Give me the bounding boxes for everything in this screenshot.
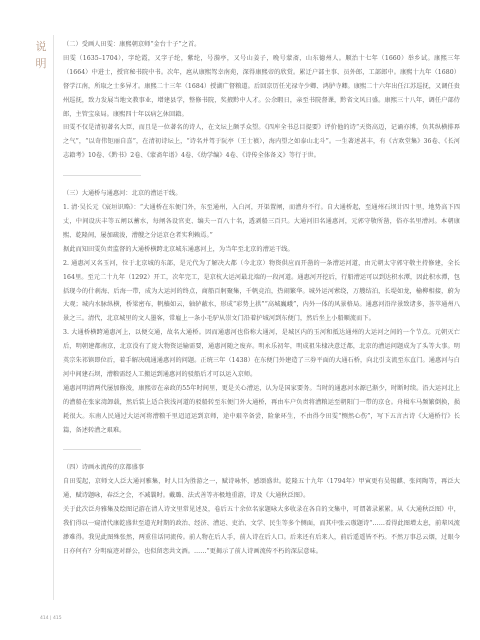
paragraph: 田雯（1635–1704），字纶霞，又字子纶，紫纶，号漪亭，又号山姜子，晚号蒙斋… xyxy=(63,52,460,122)
section-poetry-painting: （四）诗画永流传的京都盛事 自田雯起，京师文人泛大通河雅集，时人目为胜游之一，赋… xyxy=(63,461,460,558)
paragraph: 据此而知田雯负责监督的大通桥横跨北京城东通惠河上，为当年至北京的漕运干线。 xyxy=(63,243,460,257)
paragraph: 3. 大通桥横跨通惠河上，以便交通，故名大通桥。因而通惠河也俗称大通河，是城区内… xyxy=(63,326,460,382)
paragraph: 自田雯起，京师文人泛大通河雅集，时人目为胜游之一，赋诗咏怀，感颂盛世。乾隆五十九… xyxy=(63,475,460,503)
page-number: 414 | 415 xyxy=(40,616,62,621)
section-divider xyxy=(63,449,141,450)
vertical-divider xyxy=(53,35,54,600)
section-divider xyxy=(63,175,141,176)
section-heading: （三）大通桥与通惠河：北京的漕运干线。 xyxy=(63,187,460,201)
paragraph: 2. 通惠河又名玉河，位于北京城的东部，是元代为了解决大都（今北京）物资供应而开… xyxy=(63,257,460,327)
side-label-char: 明 xyxy=(34,55,48,72)
paragraph: 1. 清·吴长元《宸垣识略》：“大通桥在东便门外，东至通州，入白河，开渠置闸，而… xyxy=(63,201,460,243)
section-heading: （四）诗画永流传的京都盛事 xyxy=(63,461,460,475)
paragraph: 通惠河明清两代屡加修浚，康熙帝在亲政的55年时间里，更是关心漕运，认为是国家要务… xyxy=(63,382,460,438)
section-tian-wen: （二）受画人田雯：康熙朝京师“金台十子”之首。 田雯（1635–1704），字纶… xyxy=(63,38,460,163)
side-label-shuoming: 说 明 xyxy=(34,38,48,72)
section-heading: （二）受画人田雯：康熙朝京师“金台十子”之首。 xyxy=(63,38,460,52)
section-datong-bridge: （三）大通桥与通惠河：北京的漕运干线。 1. 清·吴长元《宸垣识略》：“大通桥在… xyxy=(63,187,460,437)
side-label-char: 说 xyxy=(34,38,48,55)
paragraph: 关于此次泛舟雅集及绘图记游在清人诗文里常见述及，卷后五十余位名家题咏大多收录在各… xyxy=(63,503,460,559)
paragraph: 田雯不仅是清初著名大臣，而且是一位著名的诗人，在文坛上颇孚众望。《四库全书总目提… xyxy=(63,121,460,163)
document-body: （二）受画人田雯：康熙朝京师“金台十子”之首。 田雯（1635–1704），字纶… xyxy=(63,38,460,559)
